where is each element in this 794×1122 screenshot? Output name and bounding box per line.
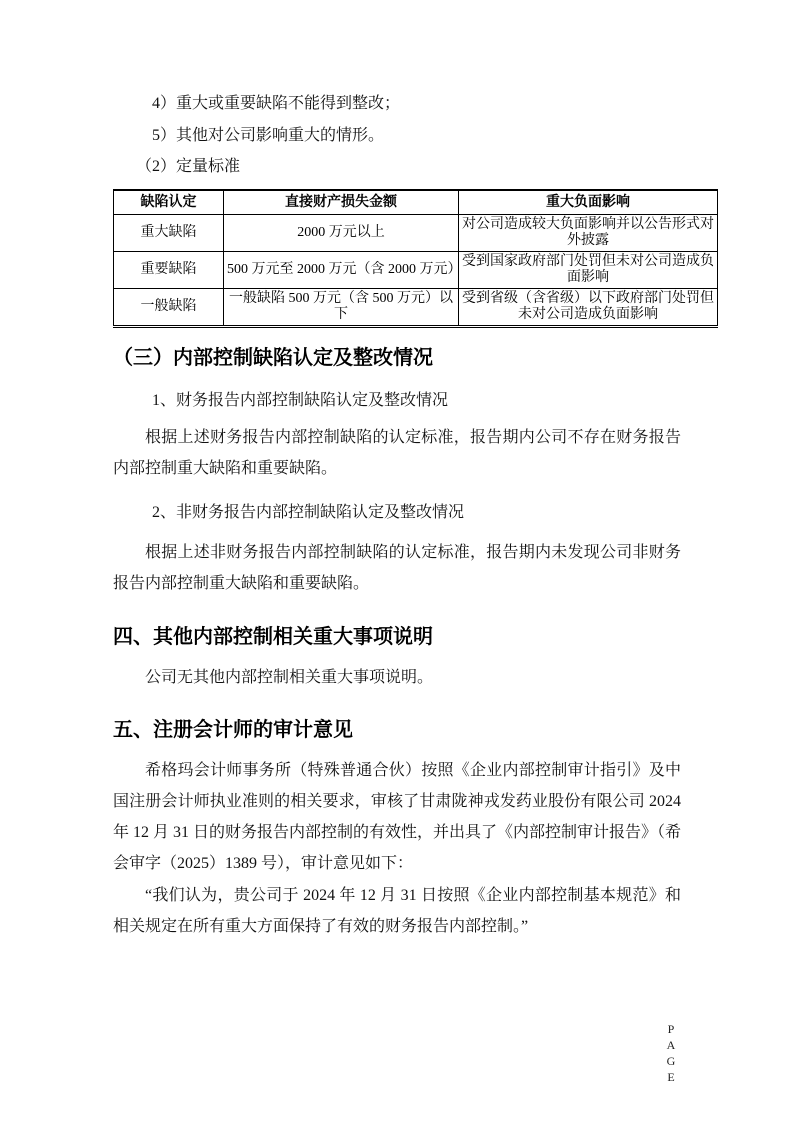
cell-direct-loss: 2000 万元以上	[224, 215, 459, 252]
cell-negative-impact: 对公司造成较大负面影响并以公告形式对外披露	[459, 215, 718, 252]
section3-paragraph-1: 根据上述财务报告内部控制缺陷的认定标准，报告期内公司不存在财务报告内部控制重大缺…	[113, 422, 681, 484]
document-page: 4）重大或重要缺陷不能得到整改； 5）其他对公司影响重大的情形。 （2）定量标准…	[0, 0, 794, 1122]
section3-paragraph-2: 根据上述非财务报告内部控制缺陷的认定标准，报告期内未发现公司非财务报告内部控制重…	[113, 537, 681, 599]
list-item-5: 5）其他对公司影响重大的情形。	[113, 120, 720, 151]
section5-paragraph-2: “我们认为，贵公司于 2024 年 12 月 31 日按照《企业内部控制基本规范…	[113, 880, 681, 942]
table-header-row: 缺陷认定 直接财产损失金额 重大负面影响	[114, 190, 718, 215]
cell-negative-impact: 受到国家政府部门处罚但未对公司造成负面影响	[459, 252, 718, 289]
section3-subitem-1: 1、财务报告内部控制缺陷认定及整改情况	[113, 385, 720, 416]
section3-heading: （三）内部控制缺陷认定及整改情况	[113, 344, 713, 372]
cell-defect-type: 重大缺陷	[114, 215, 224, 252]
col-header-direct-loss: 直接财产损失金额	[224, 190, 459, 215]
list-item-4: 4）重大或重要缺陷不能得到整改；	[113, 88, 720, 119]
section4-heading: 四、其他内部控制相关重大事项说明	[113, 623, 713, 651]
cell-direct-loss: 一般缺陷 500 万元（含 500 万元）以下	[224, 289, 459, 327]
quantitative-standard-label: （2）定量标准	[113, 151, 704, 182]
table-row: 重大缺陷 2000 万元以上 对公司造成较大负面影响并以公告形式对外披露	[114, 215, 718, 252]
cell-defect-type: 重要缺陷	[114, 252, 224, 289]
section5-heading: 五、注册会计师的审计意见	[113, 716, 713, 744]
table-row: 一般缺陷 一般缺陷 500 万元（含 500 万元）以下 受到省级（含省级）以下…	[114, 289, 718, 327]
col-header-defect-type: 缺陷认定	[114, 190, 224, 215]
defect-criteria-table: 缺陷认定 直接财产损失金额 重大负面影响 重大缺陷 2000 万元以上 对公司造…	[113, 189, 718, 328]
page-number-field: PAGE	[663, 1022, 678, 1086]
col-header-negative-impact: 重大负面影响	[459, 190, 718, 215]
cell-defect-type: 一般缺陷	[114, 289, 224, 327]
cell-negative-impact: 受到省级（含省级）以下政府部门处罚但未对公司造成负面影响	[459, 289, 718, 327]
section5-paragraph-1: 希格玛会计师事务所（特殊普通合伙）按照《企业内部控制审计指引》及中国注册会计师执…	[113, 755, 681, 879]
section3-subitem-2: 2、非财务报告内部控制缺陷认定及整改情况	[113, 497, 720, 528]
cell-direct-loss: 500 万元至 2000 万元（含 2000 万元）	[224, 252, 459, 289]
table-row: 重要缺陷 500 万元至 2000 万元（含 2000 万元） 受到国家政府部门…	[114, 252, 718, 289]
section4-paragraph: 公司无其他内部控制相关重大事项说明。	[113, 662, 681, 693]
